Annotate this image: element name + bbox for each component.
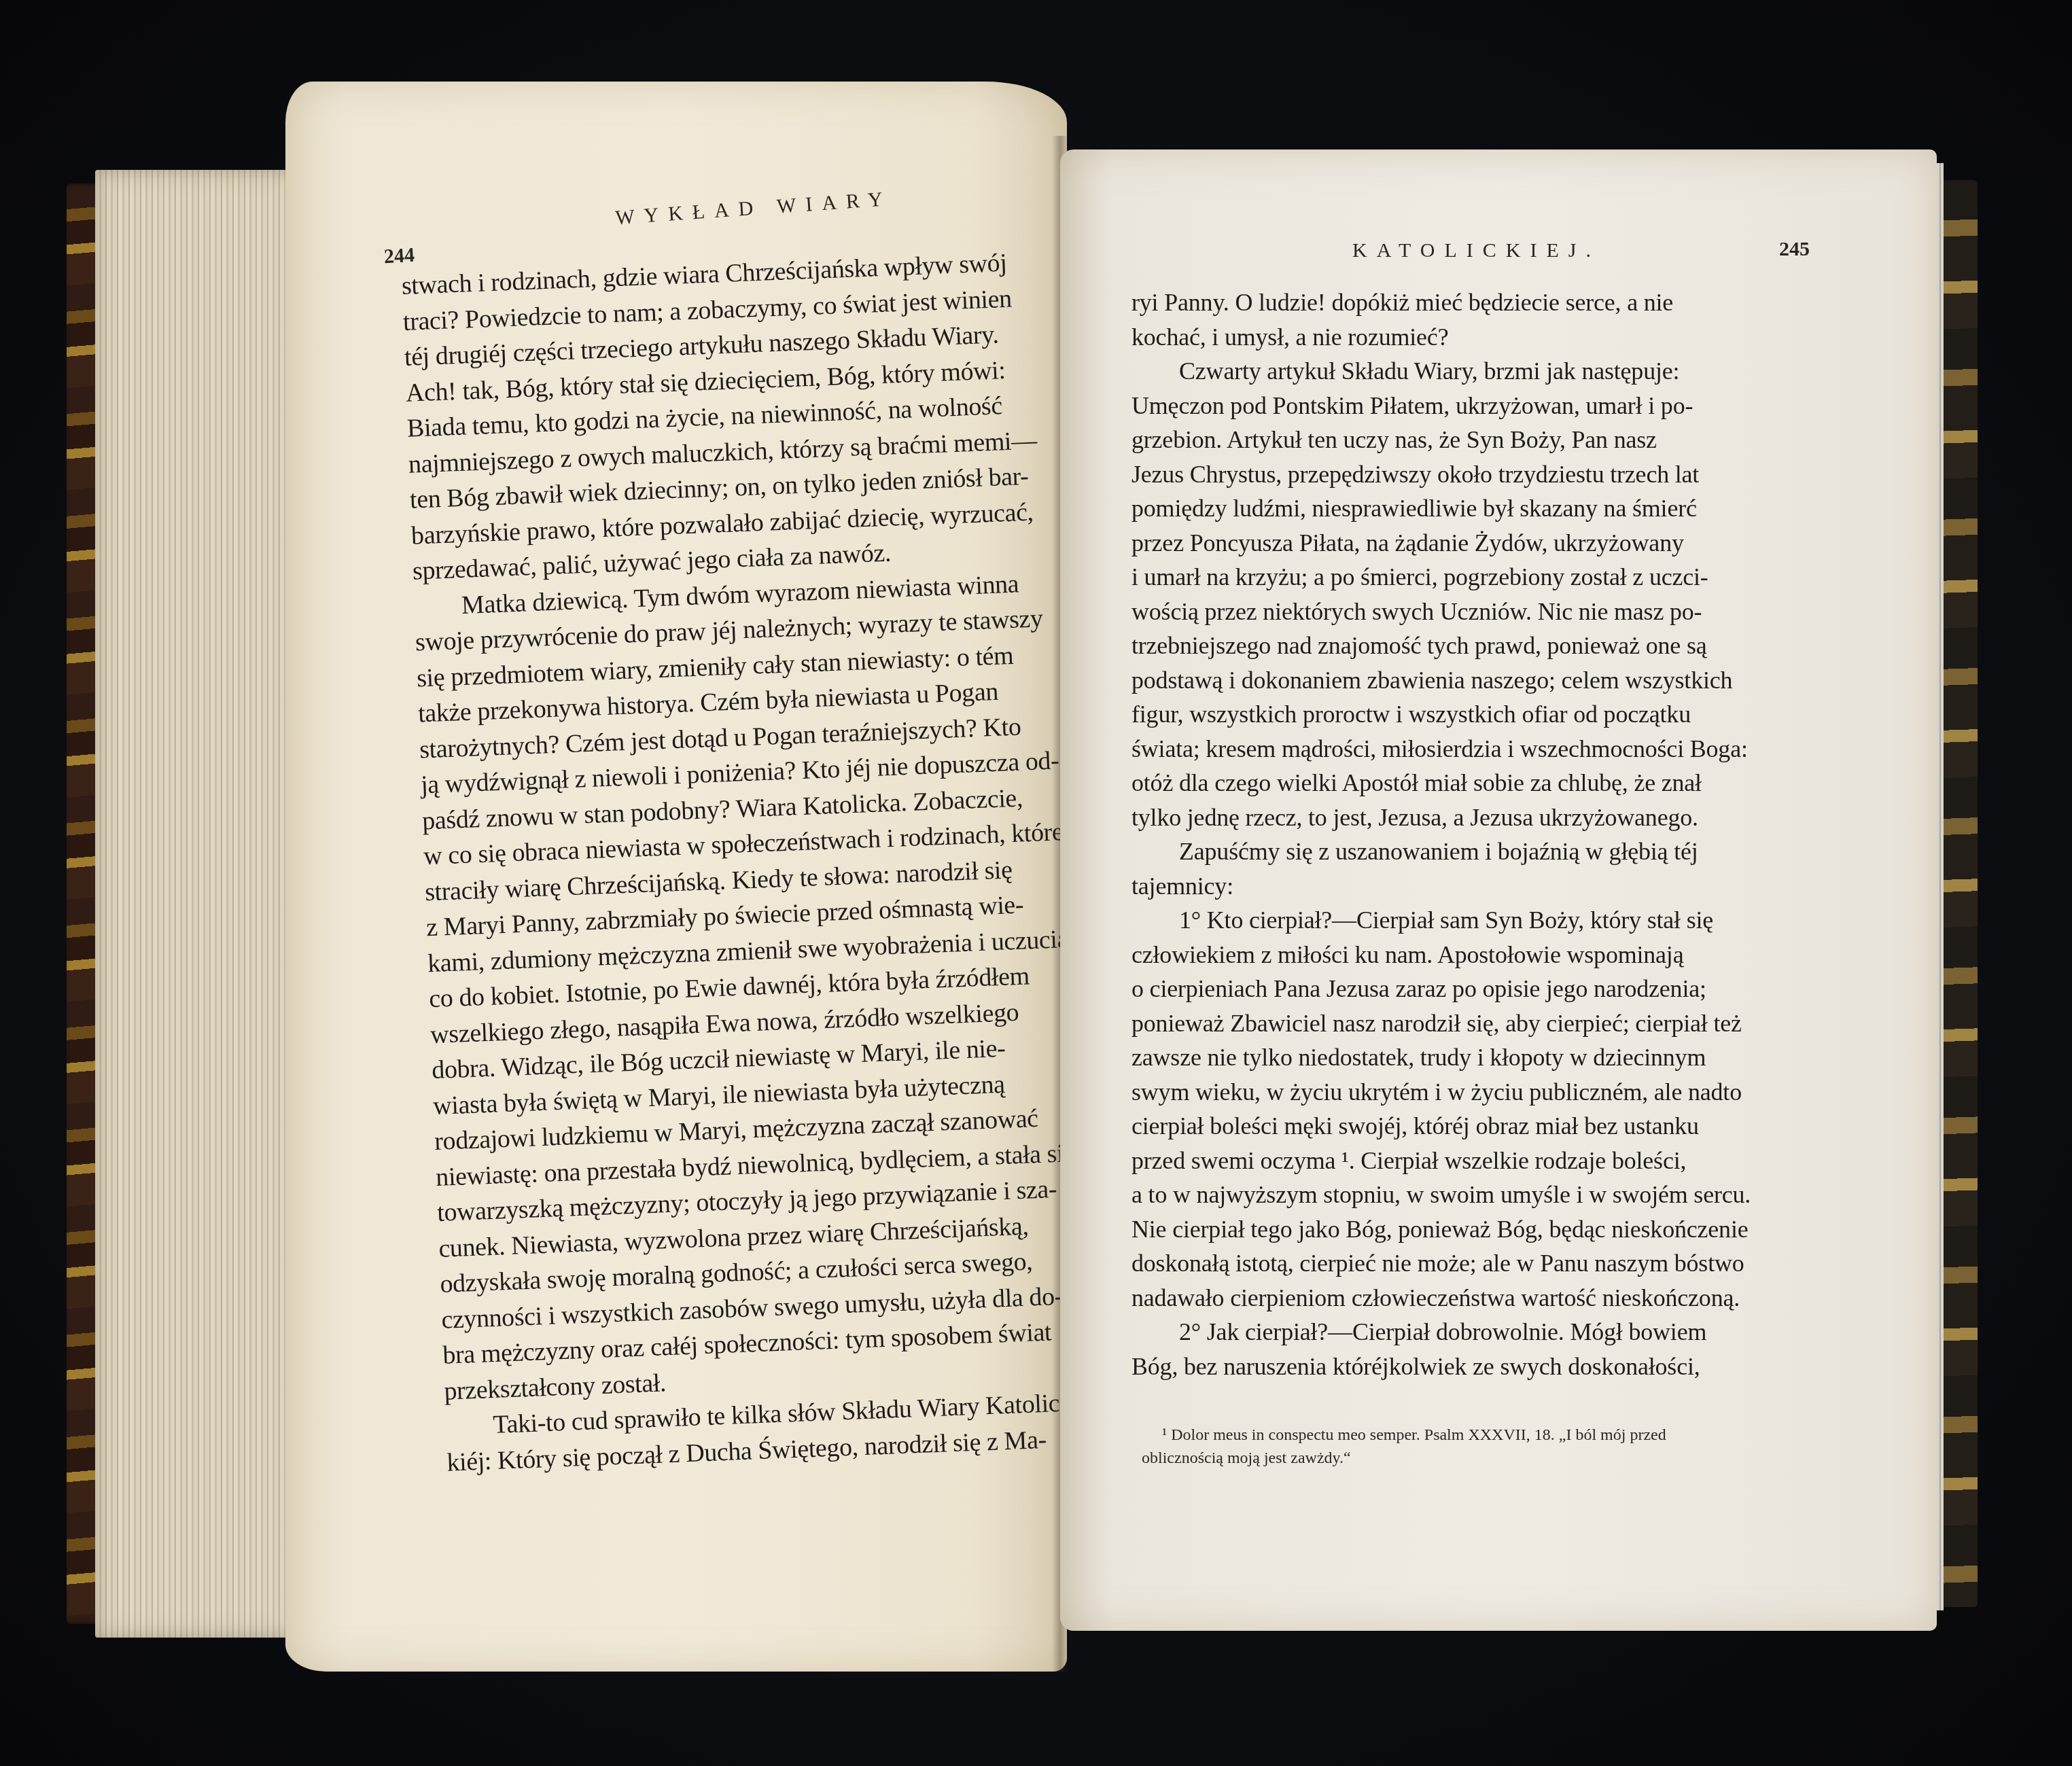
right-page-body: ryi Panny. O ludzie! dopókiż mieć będzie… — [1131, 285, 1852, 1383]
text-line: wością przez niektórych swych Uczniów. N… — [1131, 595, 1852, 629]
text-line: kochać, i umysł, a nie rozumieć? — [1131, 320, 1852, 355]
text-line: pomiędzy ludźmi, niesprawiedliwie był sk… — [1131, 491, 1852, 526]
text-line: swym wieku, w życiu ukrytém i w życiu pu… — [1131, 1075, 1852, 1110]
text-line: cierpiał boleści męki swojéj, któréj obr… — [1131, 1109, 1852, 1144]
text-line: Umęczon pod Pontskim Piłatem, ukrzyżowan… — [1131, 389, 1852, 423]
open-book: WYKŁAD WIARY 244 stwach i rodzinach, gdz… — [0, 0, 2072, 1766]
text-line: doskonałą istotą, cierpieć nie może; ale… — [1131, 1246, 1852, 1281]
text-line: grzebion. Artykuł ten uczy nas, że Syn B… — [1131, 423, 1852, 457]
text-line: Jezus Chrystus, przepędziwszy około trzy… — [1131, 457, 1852, 492]
right-page-number: 245 — [1779, 238, 1810, 261]
text-line: ponieważ Zbawiciel nasz narodził się, ab… — [1131, 1006, 1852, 1041]
text-line: Czwarty artykuł Składu Wiary, brzmi jak … — [1131, 354, 1852, 389]
text-line: figur, wszystkich proroctw i wszystkich … — [1131, 697, 1852, 732]
text-line: nadawało cierpieniom człowieczeństwa war… — [1131, 1281, 1852, 1315]
text-line: świata; kresem mądrości, miłosierdzia i … — [1131, 732, 1852, 766]
text-line: człowiekiem z miłości ku nam. Apostołowi… — [1131, 938, 1852, 972]
left-page-body: stwach i rodzinach, gdzie wiara Chrześci… — [401, 243, 1100, 1481]
footnote-line: oblicznością moją jest zawżdy.“ — [1142, 1447, 1855, 1470]
footnote-line: ¹ Dolor meus in conspectu meo semper. Ps… — [1142, 1424, 1855, 1447]
text-line: Bóg, bez naruszenia któréjkolwiek ze swy… — [1131, 1349, 1852, 1384]
left-page-number: 244 — [383, 244, 415, 268]
page-stack-left — [95, 170, 299, 1638]
text-line: Nie cierpiał tego jako Bóg, ponieważ Bóg… — [1131, 1212, 1852, 1247]
footnote: ¹ Dolor meus in conspectu meo semper. Ps… — [1142, 1424, 1855, 1470]
text-line: przed swemi oczyma ¹. Cierpiał wszelkie … — [1131, 1144, 1852, 1178]
text-line: i umarł na krzyżu; a po śmierci, pogrzeb… — [1131, 560, 1852, 595]
text-line: podstawą i dokonaniem zbawienia naszego;… — [1131, 663, 1852, 698]
text-line: 1° Kto cierpiał?—Cierpiał sam Syn Boży, … — [1131, 903, 1852, 938]
right-running-head: KATOLICKIEJ. — [1352, 239, 1600, 262]
text-line: ryi Panny. O ludzie! dopókiż mieć będzie… — [1131, 285, 1852, 320]
text-line: tajemnicy: — [1131, 869, 1852, 904]
text-line: zawsze nie tylko niedostatek, trudy i kł… — [1131, 1040, 1852, 1075]
text-line: otóż dla czego wielki Apostół miał sobie… — [1131, 766, 1852, 800]
text-line: 2° Jak cierpiał?—Cierpiał dobrowolnie. M… — [1131, 1315, 1852, 1349]
text-line: o cierpieniach Pana Jezusa zaraz po opis… — [1131, 972, 1852, 1006]
text-line: a to w najwyższym stopniu, w swoim umyśl… — [1131, 1178, 1852, 1212]
text-line: trzebniejszego nad znajomość tych prawd,… — [1131, 629, 1852, 663]
text-line: przez Poncyusza Piłata, na żądanie Żydów… — [1131, 526, 1852, 561]
text-line: tylko jednę rzecz, to jest, Jezusa, a Je… — [1131, 800, 1852, 835]
text-line: Zapuśćmy się z uszanowaniem i bojaźnią w… — [1131, 834, 1852, 869]
